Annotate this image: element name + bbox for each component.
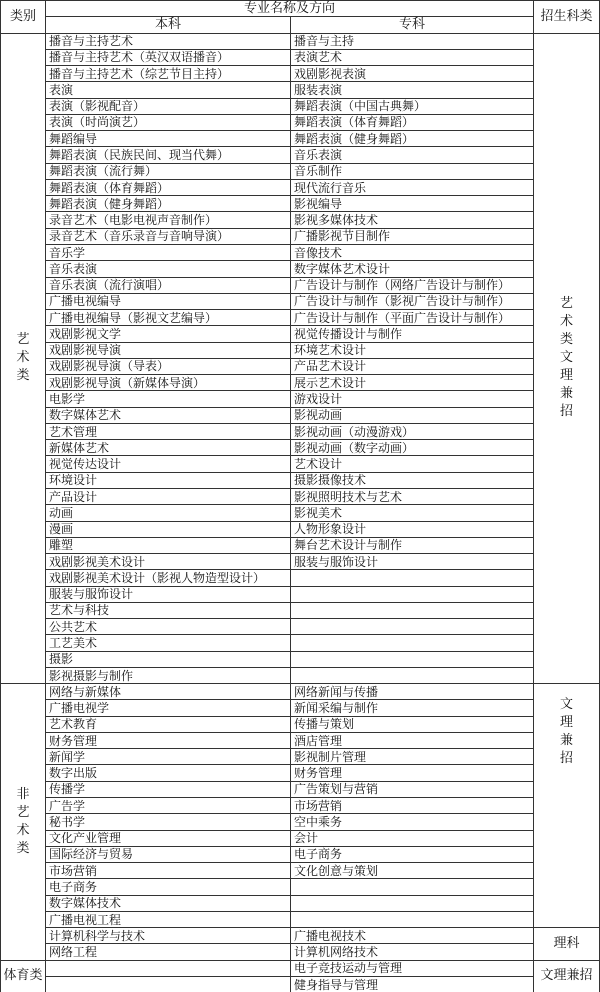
table-row: 舞蹈表演（体育舞蹈）现代流行音乐 [1, 179, 600, 195]
table-row: 工艺美术 [1, 635, 600, 651]
table-row: 环境设计摄影摄像技术 [1, 472, 600, 488]
table-row: 电子商务 [1, 879, 600, 895]
table-row: 播音与主持艺术（综艺节目主持）戏剧影视表演 [1, 66, 600, 82]
undergrad-major: 电影学 [46, 391, 291, 407]
enroll-scope-science: 理科 [534, 928, 600, 961]
undergrad-major [46, 976, 291, 992]
undergrad-major: 数字媒体艺术 [46, 407, 291, 423]
junior-major: 音像技术 [291, 244, 534, 260]
undergrad-major: 计算机科学与技术 [46, 928, 291, 944]
undergrad-major: 表演 [46, 82, 291, 98]
table-row: 数字媒体艺术影视动画 [1, 407, 600, 423]
undergrad-major: 电子商务 [46, 879, 291, 895]
junior-major: 空中乘务 [291, 814, 534, 830]
table-row: 视觉传达设计艺术设计 [1, 456, 600, 472]
table-row: 漫画人物形象设计 [1, 521, 600, 537]
table-row: 录音艺术（音乐录音与音响导演）广播影视节目制作 [1, 228, 600, 244]
table-row: 表演服装表演 [1, 82, 600, 98]
table-row: 非艺术类网络与新媒体网络新闻与传播文理兼招 [1, 684, 600, 700]
undergrad-major: 服装与服饰设计 [46, 586, 291, 602]
undergrad-major: 音乐表演（流行演唱） [46, 277, 291, 293]
undergrad-major: 广告学 [46, 798, 291, 814]
junior-major: 舞蹈表演（健身舞蹈） [291, 131, 534, 147]
junior-major: 戏剧影视表演 [291, 66, 534, 82]
undergrad-major: 环境设计 [46, 472, 291, 488]
table-row: 戏剧影视美术设计服装与服饰设计 [1, 554, 600, 570]
undergrad-major: 数字媒体技术 [46, 895, 291, 911]
undergrad-major: 舞蹈表演（体育舞蹈） [46, 179, 291, 195]
junior-major: 影视制片管理 [291, 749, 534, 765]
undergrad-major: 摄影 [46, 651, 291, 667]
majors-table: 类别 专业名称及方向 招生科类 本科 专科 艺术类播音与主持艺术播音与主持艺术类… [0, 0, 600, 992]
undergrad-major: 动画 [46, 505, 291, 521]
junior-major: 视觉传播设计与制作 [291, 326, 534, 342]
junior-major: 会计 [291, 830, 534, 846]
junior-major [291, 911, 534, 927]
table-row: 网络工程计算机网络技术 [1, 944, 600, 960]
junior-major: 影视照明技术与艺术 [291, 488, 534, 504]
undergrad-major: 戏剧影视导演（新媒体导演） [46, 375, 291, 391]
junior-major [291, 586, 534, 602]
table-row: 市场营销文化创意与策划 [1, 863, 600, 879]
table-row: 广播电视编导广告设计与制作（影视广告设计与制作） [1, 293, 600, 309]
header-category: 类别 [1, 1, 46, 34]
junior-major: 文化创意与策划 [291, 863, 534, 879]
undergrad-major: 舞蹈编导 [46, 131, 291, 147]
undergrad-major: 公共艺术 [46, 619, 291, 635]
junior-major: 广告设计与制作（网络广告设计与制作） [291, 277, 534, 293]
junior-major: 健身指导与管理 [291, 976, 534, 992]
scope-label: 艺术类文理兼招 [560, 295, 574, 421]
table-row: 数字媒体技术 [1, 895, 600, 911]
undergrad-major: 舞蹈表演（健身舞蹈） [46, 196, 291, 212]
table-row: 广播电视工程 [1, 911, 600, 927]
undergrad-major: 国际经济与贸易 [46, 846, 291, 862]
junior-major: 音乐制作 [291, 163, 534, 179]
category-nonart: 非艺术类 [1, 684, 46, 961]
junior-major: 广告设计与制作（影视广告设计与制作） [291, 293, 534, 309]
junior-major: 影视多媒体技术 [291, 212, 534, 228]
undergrad-major: 音乐表演 [46, 261, 291, 277]
table-row: 舞蹈表演（流行舞）音乐制作 [1, 163, 600, 179]
undergrad-major: 录音艺术（电影电视声音制作） [46, 212, 291, 228]
junior-major: 广播电视技术 [291, 928, 534, 944]
undergrad-major: 舞蹈表演（民族民间、现当代舞） [46, 147, 291, 163]
table-row: 广告学市场营销 [1, 798, 600, 814]
junior-major: 广播影视节目制作 [291, 228, 534, 244]
junior-major: 电子竞技运动与管理 [291, 960, 534, 976]
undergrad-major: 数字出版 [46, 765, 291, 781]
junior-major: 艺术设计 [291, 456, 534, 472]
table-row: 健身指导与管理 [1, 976, 600, 992]
junior-major: 产品艺术设计 [291, 358, 534, 374]
junior-major: 新闻采编与制作 [291, 700, 534, 716]
undergrad-major: 新媒体艺术 [46, 440, 291, 456]
table-row: 摄影 [1, 651, 600, 667]
junior-major: 人物形象设计 [291, 521, 534, 537]
junior-major: 广告策划与营销 [291, 781, 534, 797]
table-row: 舞蹈表演（民族民间、现当代舞）音乐表演 [1, 147, 600, 163]
table-row: 舞蹈编导舞蹈表演（健身舞蹈） [1, 131, 600, 147]
table-row: 音乐表演（流行演唱）广告设计与制作（网络广告设计与制作） [1, 277, 600, 293]
undergrad-major: 戏剧影视美术设计（影视人物造型设计） [46, 570, 291, 586]
undergrad-major [46, 960, 291, 976]
enroll-scope-sports: 文理兼招 [534, 960, 600, 992]
undergrad-major: 艺术管理 [46, 423, 291, 439]
table-row: 秘书学空中乘务 [1, 814, 600, 830]
header-major-group: 专业名称及方向 [46, 1, 534, 17]
table-row: 播音与主持艺术（英汉双语播音）表演艺术 [1, 49, 600, 65]
table-row: 戏剧影视美术设计（影视人物造型设计） [1, 570, 600, 586]
undergrad-major: 文化产业管理 [46, 830, 291, 846]
junior-major: 播音与主持 [291, 33, 534, 49]
undergrad-major: 舞蹈表演（流行舞） [46, 163, 291, 179]
scope-label: 文理兼招 [560, 696, 574, 768]
table-row: 公共艺术 [1, 619, 600, 635]
junior-major [291, 879, 534, 895]
junior-major: 表演艺术 [291, 49, 534, 65]
table-row: 艺术教育传播与策划 [1, 716, 600, 732]
table-row: 新媒体艺术影视动画（数字动画） [1, 440, 600, 456]
table-row: 电影学游戏设计 [1, 391, 600, 407]
enroll-scope-art: 艺术类文理兼招 [534, 33, 600, 684]
undergrad-major: 播音与主持艺术 [46, 33, 291, 49]
junior-major: 影视动画 [291, 407, 534, 423]
junior-major [291, 619, 534, 635]
undergrad-major: 艺术教育 [46, 716, 291, 732]
category-sports: 体育类 [1, 960, 46, 992]
table-row: 戏剧影视导演（导表）产品艺术设计 [1, 358, 600, 374]
enroll-scope-nonart: 文理兼招 [534, 684, 600, 928]
undergrad-major: 广播电视编导（影视文艺编导） [46, 310, 291, 326]
junior-major: 舞蹈表演（体育舞蹈） [291, 114, 534, 130]
undergrad-major: 新闻学 [46, 749, 291, 765]
table-row: 戏剧影视文学视觉传播设计与制作 [1, 326, 600, 342]
junior-major: 影视编导 [291, 196, 534, 212]
undergrad-major: 音乐学 [46, 244, 291, 260]
junior-major [291, 667, 534, 683]
undergrad-major: 播音与主持艺术（综艺节目主持） [46, 66, 291, 82]
table-row: 艺术类播音与主持艺术播音与主持艺术类文理兼招 [1, 33, 600, 49]
table-row: 表演（时尚演艺）舞蹈表演（体育舞蹈） [1, 114, 600, 130]
table-row: 影视摄影与制作 [1, 667, 600, 683]
category-art: 艺术类 [1, 33, 46, 684]
table-row: 舞蹈表演（健身舞蹈）影视编导 [1, 196, 600, 212]
undergrad-major: 网络与新媒体 [46, 684, 291, 700]
header-junior: 专科 [291, 17, 534, 33]
table-row: 服装与服饰设计 [1, 586, 600, 602]
table-row: 戏剧影视导演（新媒体导演）展示艺术设计 [1, 375, 600, 391]
junior-major: 数字媒体艺术设计 [291, 261, 534, 277]
table-row: 数字出版财务管理 [1, 765, 600, 781]
header-enroll-type: 招生科类 [534, 1, 600, 34]
junior-major: 舞台艺术设计与制作 [291, 537, 534, 553]
undergrad-major: 工艺美术 [46, 635, 291, 651]
table-row: 产品设计影视照明技术与艺术 [1, 488, 600, 504]
undergrad-major: 戏剧影视文学 [46, 326, 291, 342]
undergrad-major: 广播电视工程 [46, 911, 291, 927]
junior-major: 服装表演 [291, 82, 534, 98]
category-label: 非艺术类 [16, 786, 30, 858]
undergrad-major: 广播电视编导 [46, 293, 291, 309]
undergrad-major: 财务管理 [46, 732, 291, 748]
junior-major: 传播与策划 [291, 716, 534, 732]
table-row: 艺术与科技 [1, 602, 600, 618]
table-row: 艺术管理影视动画（动漫游戏） [1, 423, 600, 439]
junior-major: 影视美术 [291, 505, 534, 521]
table-row: 文化产业管理会计 [1, 830, 600, 846]
table-row: 新闻学影视制片管理 [1, 749, 600, 765]
table-row: 广播电视学新闻采编与制作 [1, 700, 600, 716]
junior-major [291, 635, 534, 651]
table-row: 音乐表演数字媒体艺术设计 [1, 261, 600, 277]
junior-major: 摄影摄像技术 [291, 472, 534, 488]
undergrad-major: 影视摄影与制作 [46, 667, 291, 683]
table-row: 戏剧影视导演环境艺术设计 [1, 342, 600, 358]
table-row: 财务管理酒店管理 [1, 732, 600, 748]
table-row: 计算机科学与技术广播电视技术理科 [1, 928, 600, 944]
junior-major: 网络新闻与传播 [291, 684, 534, 700]
junior-major: 影视动画（动漫游戏） [291, 423, 534, 439]
table-row: 广播电视编导（影视文艺编导）广告设计与制作（平面广告设计与制作） [1, 310, 600, 326]
undergrad-major: 播音与主持艺术（英汉双语播音） [46, 49, 291, 65]
junior-major: 游戏设计 [291, 391, 534, 407]
junior-major: 计算机网络技术 [291, 944, 534, 960]
junior-major: 展示艺术设计 [291, 375, 534, 391]
header-undergrad: 本科 [46, 17, 291, 33]
undergrad-major: 录音艺术（音乐录音与音响导演） [46, 228, 291, 244]
undergrad-major: 传播学 [46, 781, 291, 797]
junior-major [291, 895, 534, 911]
junior-major: 舞蹈表演（中国古典舞） [291, 98, 534, 114]
table-row: 传播学广告策划与营销 [1, 781, 600, 797]
undergrad-major: 戏剧影视导演 [46, 342, 291, 358]
undergrad-major: 艺术与科技 [46, 602, 291, 618]
undergrad-major: 市场营销 [46, 863, 291, 879]
table-row: 录音艺术（电影电视声音制作）影视多媒体技术 [1, 212, 600, 228]
junior-major: 影视动画（数字动画） [291, 440, 534, 456]
table-row: 国际经济与贸易电子商务 [1, 846, 600, 862]
table-row: 音乐学音像技术 [1, 244, 600, 260]
undergrad-major: 广播电视学 [46, 700, 291, 716]
junior-major: 广告设计与制作（平面广告设计与制作） [291, 310, 534, 326]
junior-major [291, 651, 534, 667]
table-row: 体育类电子竞技运动与管理文理兼招 [1, 960, 600, 976]
undergrad-major: 雕塑 [46, 537, 291, 553]
junior-major [291, 570, 534, 586]
junior-major: 音乐表演 [291, 147, 534, 163]
junior-major: 环境艺术设计 [291, 342, 534, 358]
junior-major: 酒店管理 [291, 732, 534, 748]
category-label: 艺术类 [16, 331, 30, 385]
junior-major: 市场营销 [291, 798, 534, 814]
table-row: 雕塑舞台艺术设计与制作 [1, 537, 600, 553]
junior-major: 服装与服饰设计 [291, 554, 534, 570]
junior-major: 现代流行音乐 [291, 179, 534, 195]
table-row: 表演（影视配音）舞蹈表演（中国古典舞） [1, 98, 600, 114]
junior-major: 财务管理 [291, 765, 534, 781]
undergrad-major: 产品设计 [46, 488, 291, 504]
undergrad-major: 漫画 [46, 521, 291, 537]
undergrad-major: 秘书学 [46, 814, 291, 830]
junior-major [291, 602, 534, 618]
undergrad-major: 视觉传达设计 [46, 456, 291, 472]
junior-major: 电子商务 [291, 846, 534, 862]
undergrad-major: 表演（时尚演艺） [46, 114, 291, 130]
table-row: 动画影视美术 [1, 505, 600, 521]
undergrad-major: 网络工程 [46, 944, 291, 960]
undergrad-major: 戏剧影视导演（导表） [46, 358, 291, 374]
undergrad-major: 表演（影视配音） [46, 98, 291, 114]
undergrad-major: 戏剧影视美术设计 [46, 554, 291, 570]
